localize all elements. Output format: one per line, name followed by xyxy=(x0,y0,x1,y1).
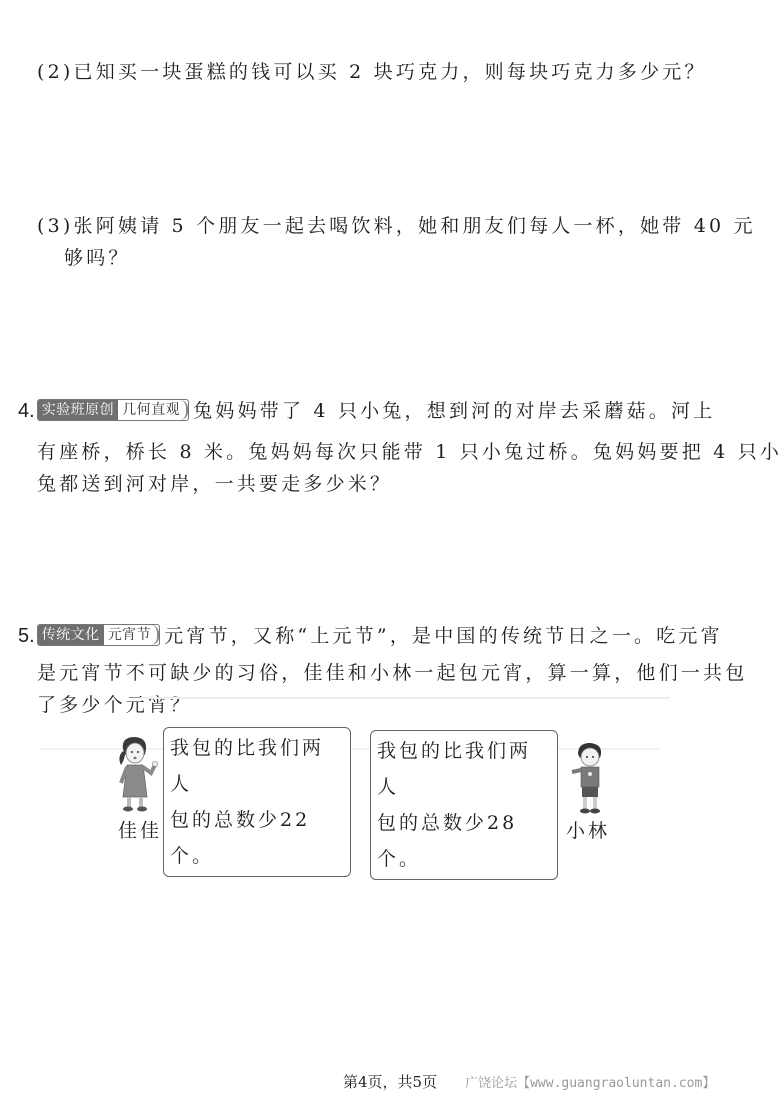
tag-secondary: 几何直观 xyxy=(118,400,188,420)
question-tag: 实验班原创几何直观 xyxy=(37,399,190,421)
question-3-3-text-line2: 够吗？ xyxy=(64,246,131,270)
question-3-3-text-line1: (3)张阿姨请 5 个朋友一起去喝饮料，她和朋友们每人一杯，她带 40 元 xyxy=(37,214,756,238)
divider xyxy=(140,697,670,699)
tag-primary: 传统文化 xyxy=(38,625,104,645)
question-text: 兔妈妈带了 4 只小兔，想到河的对岸去采蘑菇。河上 xyxy=(193,400,715,422)
question-number: 4. xyxy=(18,400,35,422)
tag-primary: 实验班原创 xyxy=(38,400,119,420)
question-tag: 传统文化元宵节 xyxy=(37,624,161,646)
question-5-line2: 是元宵节不可缺少的习俗，佳佳和小林一起包元宵，算一算，他们一共包 xyxy=(37,661,747,685)
question-number: 5. xyxy=(18,625,35,647)
speech-bubble-jiajia: 我包的比我们两人 包的总数少22个。 xyxy=(163,727,351,877)
question-4-line2: 有座桥，桥长 8 米。兔妈妈每次只能带 1 只小兔过桥。兔妈妈要把 4 只小 xyxy=(37,440,780,464)
bubble-line2: 包的总数少28个。 xyxy=(377,805,551,877)
question-5-line1: 5.传统文化元宵节元宵节，又称“上元节”，是中国的传统节日之一。吃元宵 xyxy=(18,624,723,648)
bubble-line2: 包的总数少22个。 xyxy=(170,802,344,874)
question-4-line1: 4.实验班原创几何直观兔妈妈带了 4 只小兔，想到河的对岸去采蘑菇。河上 xyxy=(18,399,715,423)
speaker-name-jiajia: 佳佳 xyxy=(118,816,162,843)
question-4-line3: 兔都送到河对岸，一共要走多少米？ xyxy=(37,472,392,496)
page-info: 第4页，共5页 xyxy=(343,1073,437,1091)
tag-secondary: 元宵节 xyxy=(104,625,160,645)
boy-figure-icon xyxy=(570,742,610,817)
bubble-line1: 我包的比我们两人 xyxy=(377,733,551,805)
page-footer: 第4页，共5页广饶论坛【www.guangraoluntan.com】 xyxy=(343,1071,715,1092)
question-text: 元宵节，又称“上元节”，是中国的传统节日之一。吃元宵 xyxy=(164,625,723,647)
bubble-line1: 我包的比我们两人 xyxy=(170,730,344,802)
girl-figure-icon xyxy=(113,735,163,815)
question-3-2-text: (2)已知买一块蛋糕的钱可以买 2 块巧克力，则每块巧克力多少元？ xyxy=(37,60,707,84)
watermark: 广饶论坛【www.guangraoluntan.com】 xyxy=(465,1076,715,1091)
speaker-name-xiaolin: 小林 xyxy=(566,816,610,843)
speech-bubble-xiaolin: 我包的比我们两人 包的总数少28个。 xyxy=(370,730,558,880)
